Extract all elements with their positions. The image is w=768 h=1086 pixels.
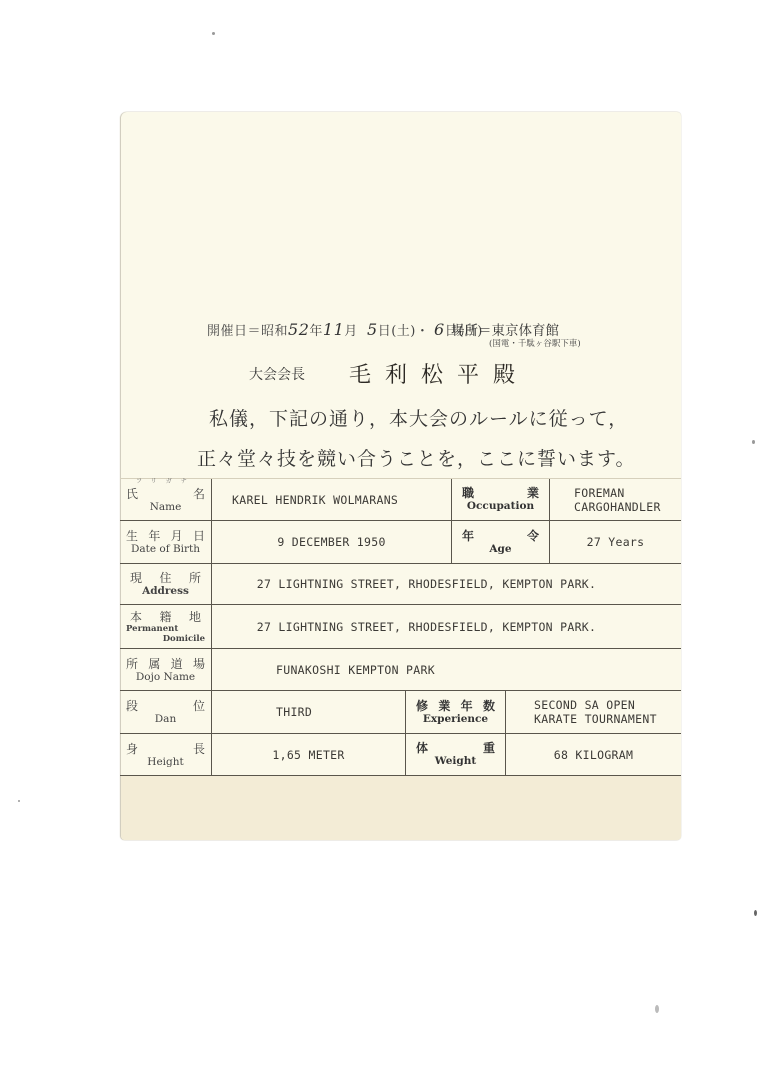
scan-speck	[752, 440, 755, 444]
label-jp: 修	[416, 699, 428, 713]
label-jp: 身	[126, 742, 138, 756]
label-jp: 籍	[159, 610, 171, 624]
label-dan: 段位 Dan	[120, 691, 212, 733]
label-jp: 現	[130, 571, 142, 585]
occupation-line-2: CARGOHANDLER	[574, 500, 661, 514]
label-en: Name	[126, 501, 205, 513]
label-experience: 修業年数 Experience	[406, 691, 506, 733]
label-jp: 所	[126, 657, 138, 671]
label-en: Occupation	[462, 500, 539, 513]
label-jp: 年	[462, 529, 474, 543]
value-domicile: 27 LIGHTNING STREET, RHODESFIELD, KEMPTO…	[212, 605, 681, 648]
label-jp: 長	[193, 742, 205, 756]
label-jp: 数	[483, 699, 495, 713]
label-jp: 地	[189, 610, 201, 624]
row-dan: 段位 Dan THIRD 修業年数 Experience SECOND SA O…	[120, 691, 681, 734]
label-en: Address	[126, 585, 205, 597]
label-domicile: 本籍地 Permanent Domicile	[120, 605, 212, 648]
label-jp: 住	[159, 571, 171, 585]
value-age: 27 Years	[550, 521, 681, 563]
dates-prefix: 開催日＝昭和	[207, 324, 288, 339]
row-address: 現住所 Address 27 LIGHTNING STREET, RHODESF…	[120, 564, 681, 605]
oath-line-2: 正々堂々技を競い合うことを，ここに誓います。	[197, 444, 635, 471]
day1-suffix: 日(土)・	[378, 324, 430, 339]
label-en: Height	[126, 756, 205, 768]
label-jp: 令	[527, 529, 539, 543]
label-dojo: 所属道場 Dojo Name	[120, 649, 212, 690]
row-dob: 生年月日 Date of Birth 9 DECEMBER 1950 年令 Ag…	[120, 521, 681, 564]
label-jp: 年	[461, 699, 473, 713]
label-occupation: 職業 Occupation	[452, 479, 550, 520]
chairman-label: 大会会長	[249, 364, 305, 384]
year-suffix: 年	[309, 324, 323, 339]
label-en: Weight	[416, 755, 495, 768]
row-dojo: 所属道場 Dojo Name FUNAKOSHI KEMPTON PARK	[120, 649, 681, 691]
occupation-line-1: FOREMAN	[574, 486, 625, 500]
label-name: フリガナ 氏名 Name	[120, 479, 212, 520]
label-jp: 場	[193, 657, 205, 671]
scan-speck	[754, 910, 757, 916]
label-jp: 職	[462, 486, 474, 500]
row-height: 身長 Height 1,65 METER 体重 Weight 68 KILOGR…	[120, 734, 681, 776]
experience-line-2: KARATE TOURNAMENT	[534, 712, 657, 726]
value-dob: 9 DECEMBER 1950	[212, 521, 452, 563]
row-domicile: 本籍地 Permanent Domicile 27 LIGHTNING STRE…	[120, 605, 681, 649]
entry-form-table: フリガナ 氏名 Name KAREL HENDRIK WOLMARANS 職業 …	[120, 478, 681, 776]
label-jp: 名	[193, 487, 205, 501]
year-handwritten: 52	[288, 320, 309, 339]
label-en: Experience	[416, 713, 495, 726]
label-en: Dojo Name	[126, 671, 205, 683]
value-dojo: FUNAKOSHI KEMPTON PARK	[212, 649, 681, 690]
card-bottom-strip	[121, 776, 681, 840]
venue: 場所＝東京体育館	[451, 319, 559, 339]
scan-speck	[18, 800, 20, 802]
label-jp: 道	[171, 657, 183, 671]
scan-speck	[212, 32, 215, 35]
pledge-card: 開催日＝昭和52年11月 5日(土)・ 6日(日) 場所＝東京体育館 (国電・千…	[121, 112, 681, 840]
label-jp: 属	[148, 657, 160, 671]
label-jp: 月	[171, 529, 183, 543]
label-jp: 日	[193, 529, 205, 543]
value-experience: SECOND SA OPEN KARATE TOURNAMENT	[506, 691, 681, 733]
label-age: 年令 Age	[452, 521, 550, 563]
label-jp: 生	[126, 529, 138, 543]
label-en: Age	[462, 543, 539, 556]
value-height: 1,65 METER	[212, 734, 406, 775]
label-jp: 年	[148, 529, 160, 543]
chairman-name: 毛利松平殿	[349, 358, 529, 389]
label-jp: 体	[416, 741, 428, 755]
label-en: Date of Birth	[126, 543, 205, 555]
furigana-hint: フリガナ	[136, 476, 196, 485]
value-dan: THIRD	[212, 691, 406, 733]
scan-speck	[655, 1005, 659, 1013]
label-en: Permanent	[126, 624, 205, 634]
label-jp: 業	[527, 486, 539, 500]
label-jp: 位	[193, 699, 205, 713]
label-en: Dan	[126, 713, 205, 725]
label-jp: 業	[438, 699, 450, 713]
label-jp: 重	[483, 741, 495, 755]
value-occupation: FOREMAN CARGOHANDLER	[550, 479, 681, 520]
label-height: 身長 Height	[120, 734, 212, 775]
venue-directions: (国電・千駄ヶ谷駅下車)	[489, 337, 581, 349]
value-weight: 68 KILOGRAM	[506, 734, 681, 775]
label-jp: 段	[126, 699, 138, 713]
day1-handwritten: 5	[367, 320, 378, 339]
label-jp: 氏	[126, 487, 138, 501]
month-suffix: 月	[344, 324, 358, 339]
event-dates: 開催日＝昭和52年11月 5日(土)・ 6日(日)	[207, 320, 483, 339]
month-handwritten: 11	[323, 320, 344, 339]
label-jp: 所	[189, 571, 201, 585]
label-address: 現住所 Address	[120, 564, 212, 604]
experience-line-1: SECOND SA OPEN	[534, 698, 635, 712]
label-en: Domicile	[126, 634, 205, 644]
row-name: フリガナ 氏名 Name KAREL HENDRIK WOLMARANS 職業 …	[120, 479, 681, 521]
label-jp: 本	[130, 610, 142, 624]
day2-handwritten: 6	[434, 320, 445, 339]
value-name: KAREL HENDRIK WOLMARANS	[212, 479, 452, 520]
oath-line-1: 私儀，下記の通り，本大会のルールに従って，	[209, 404, 628, 431]
label-dob: 生年月日 Date of Birth	[120, 521, 212, 563]
value-address: 27 LIGHTNING STREET, RHODESFIELD, KEMPTO…	[212, 564, 681, 604]
label-weight: 体重 Weight	[406, 734, 506, 775]
